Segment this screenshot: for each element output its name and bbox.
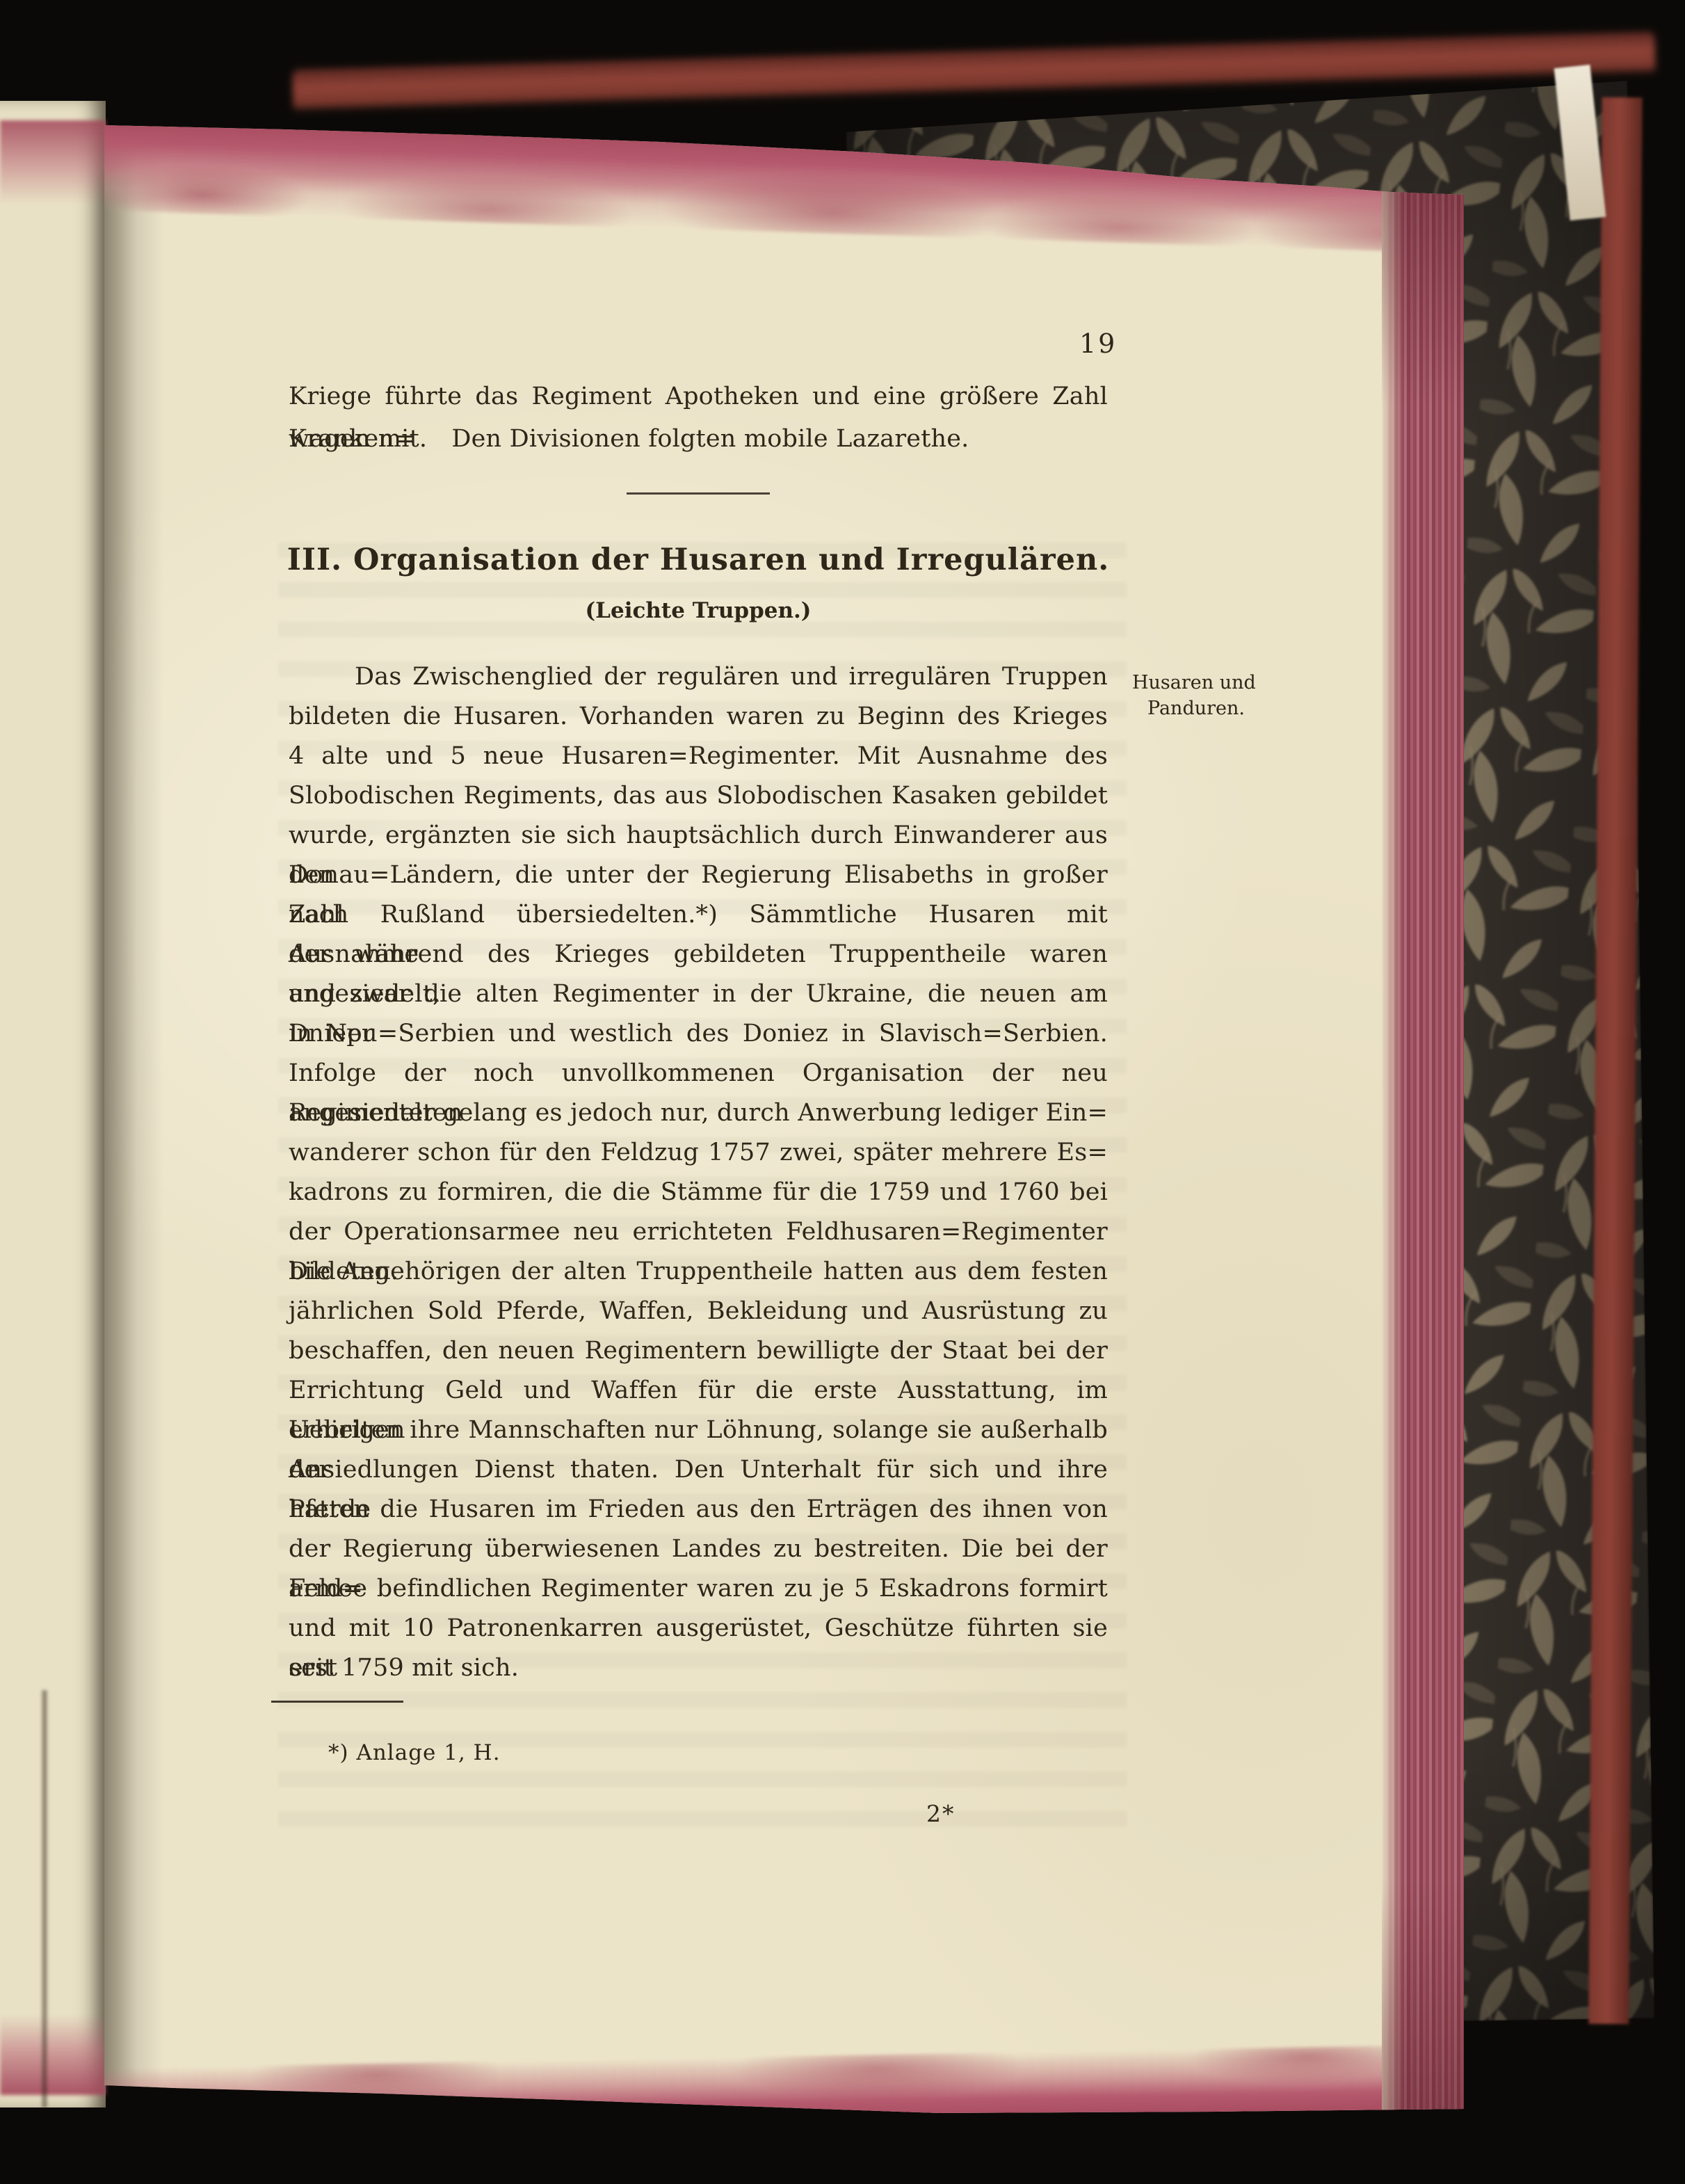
margin-note-line: Panduren. [1132, 696, 1313, 721]
left-page-edge-stain-bottom [0, 2015, 106, 2095]
body-line: und mit 10 Patronenkarren ausgerüstet, G… [289, 1609, 1108, 1648]
body-line: Das Zwischenglied der regulären und irre… [289, 657, 1108, 697]
bottom-edge-stain [89, 2044, 1523, 2145]
body-line: wurde, ergänzten sie sich hauptsächlich … [289, 816, 1108, 856]
facing-page-edge [0, 101, 106, 2107]
fore-edge-stain [1382, 174, 1464, 2111]
body-line: Regimenter gelang es jedoch nur, durch A… [289, 1093, 1108, 1133]
body-line: der Operationsarmee neu errichteten Feld… [289, 1212, 1108, 1252]
body-line: Ansiedlungen Dienst thaten. Den Unterhal… [289, 1450, 1108, 1490]
body-line: seit 1759 mit sich. [289, 1648, 1108, 1688]
intro-paragraph: Kriege führte das Regiment Apotheken und… [289, 376, 1108, 460]
left-page-crease [40, 1690, 49, 2107]
book-spread-photo: 19 Kriege führte das Regiment Apotheken … [0, 0, 1685, 2184]
body-line: Infolge der noch unvollkommenen Organisa… [289, 1054, 1108, 1093]
body-line: armee befindlichen Regimenter waren zu j… [289, 1569, 1108, 1609]
body-line: erhielten ihre Mannschaften nur Löhnung,… [289, 1411, 1108, 1450]
body-line: hatten die Husaren im Frieden aus den Er… [289, 1490, 1108, 1529]
footnote-rule [271, 1701, 403, 1703]
gutter-shadow [104, 111, 163, 2114]
body-line: in Neu=Serbien und westlich des Doniez i… [289, 1014, 1108, 1054]
signature-mark: 2* [926, 1800, 956, 1827]
margin-note: Husaren und Panduren. [1132, 670, 1313, 721]
body-line: Errichtung Geld und Waffen für die erste… [289, 1371, 1108, 1411]
body-line: bildeten die Husaren. Vorhanden waren zu… [289, 697, 1108, 737]
section-divider [627, 492, 770, 495]
body-line: Donau=Ländern, die unter der Regierung E… [289, 856, 1108, 895]
body-paragraph: Das Zwischenglied der regulären und irre… [289, 657, 1108, 1688]
body-line: nach Rußland übersiedelten.*) Sämmtliche… [289, 895, 1108, 935]
body-line: kadrons zu formiren, die die Stämme für … [289, 1173, 1108, 1212]
body-line: der Regierung überwiesenen Landes zu bes… [289, 1529, 1108, 1569]
body-line: jährlichen Sold Pferde, Waffen, Bekleidu… [289, 1292, 1108, 1331]
intro-line: Kriege führte das Regiment Apotheken und… [289, 376, 1108, 418]
body-line: Slobodischen Regiments, das aus Slobodis… [289, 776, 1108, 816]
left-page-edge-stain-top [0, 120, 106, 204]
body-line: Die Angehörigen der alten Truppentheile … [289, 1252, 1108, 1292]
margin-note-line: Husaren und [1132, 670, 1313, 696]
book-page: 19 Kriege führte das Regiment Apotheken … [104, 111, 1464, 2114]
section-subheading: (Leichte Truppen.) [289, 598, 1108, 623]
page-number: 19 [1079, 328, 1117, 359]
footnote: *) Anlage 1, H. [328, 1740, 501, 1765]
body-line: 4 alte und 5 neue Husaren=Regimenter. Mi… [289, 737, 1108, 776]
body-line: beschaffen, den neuen Regimentern bewill… [289, 1331, 1108, 1371]
body-line: wanderer schon für den Feldzug 1757 zwei… [289, 1133, 1108, 1173]
intro-line: wagen mit. Den Divisionen folgten mobile… [289, 418, 1108, 460]
body-line: und zwar die alten Regimenter in der Ukr… [289, 974, 1108, 1014]
section-heading: III. Organisation der Husaren und Irregu… [275, 543, 1122, 577]
body-line: der während des Krieges gebildeten Trupp… [289, 935, 1108, 974]
